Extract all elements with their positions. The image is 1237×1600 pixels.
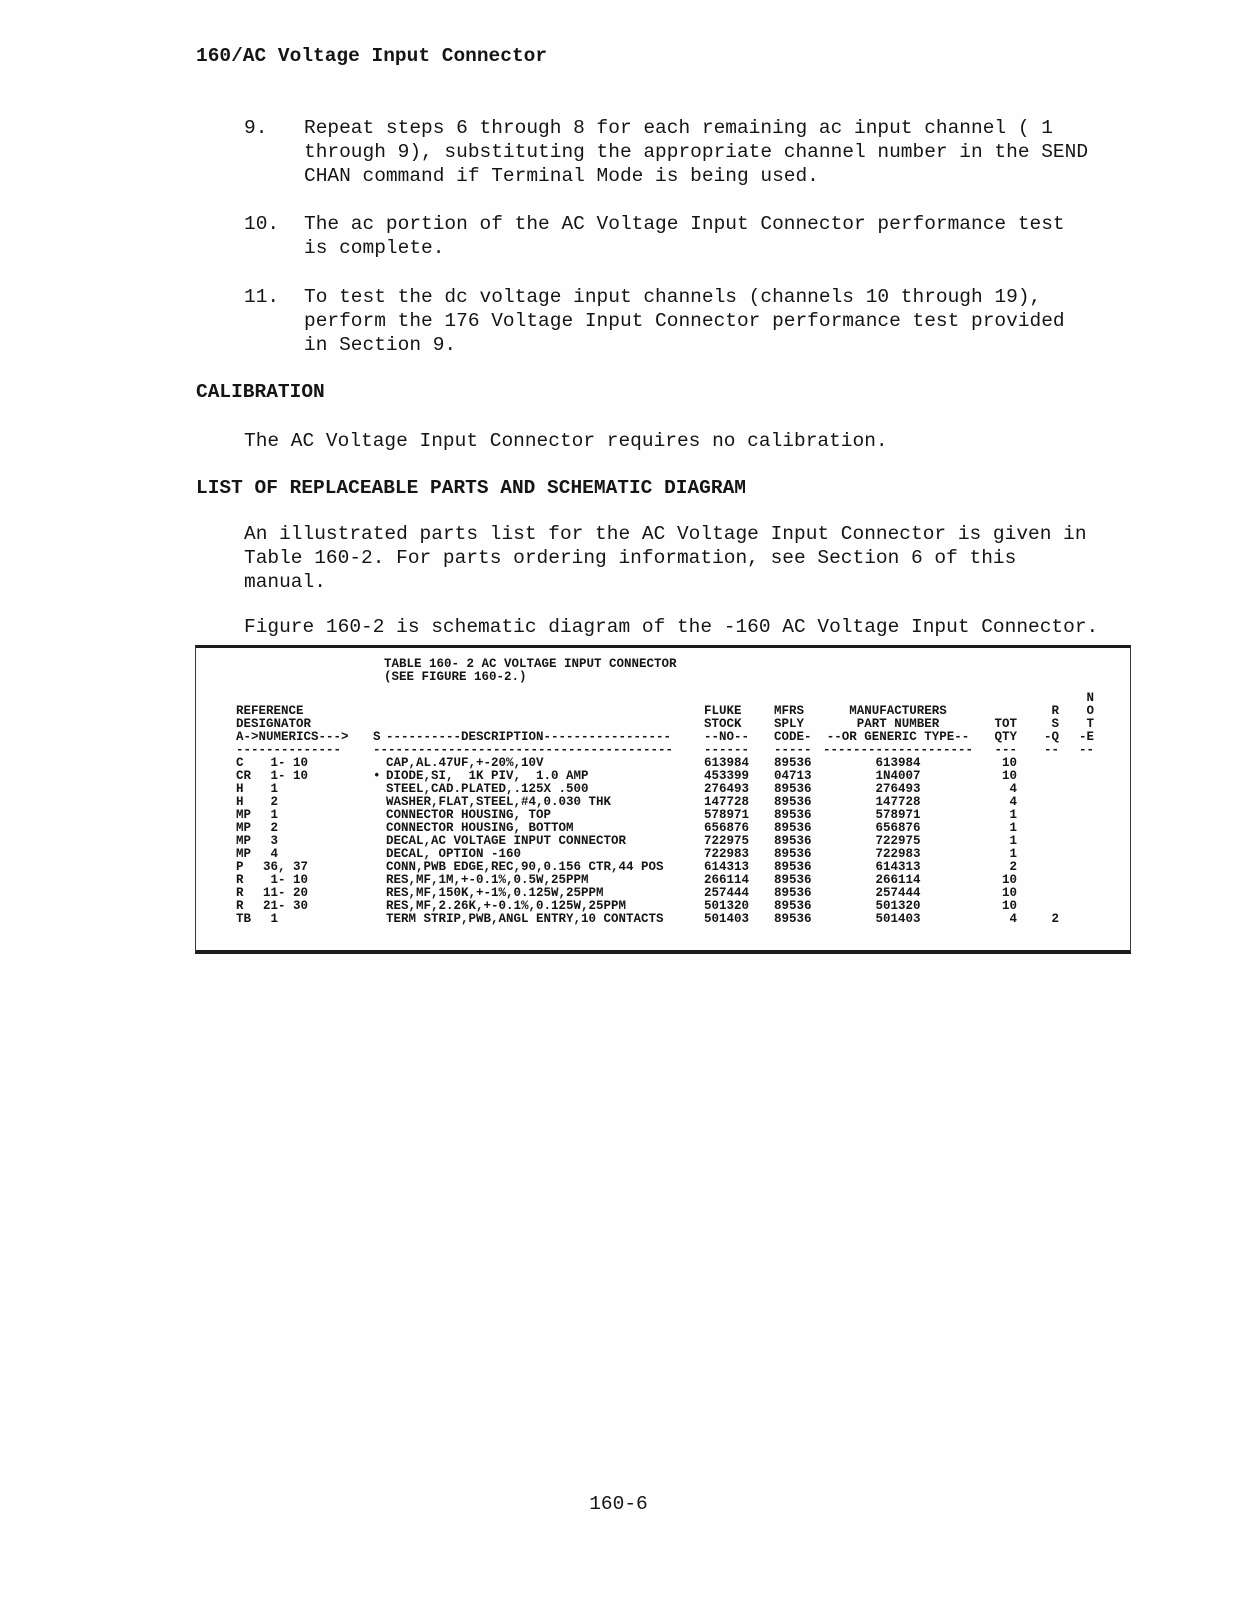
- step-number: 10.: [244, 212, 304, 260]
- step-number: 9.: [244, 116, 304, 188]
- table-row: C 1- 10CAP,AL.47UF,+-20%,10V613984895366…: [236, 757, 1094, 770]
- table-cell-note: [1059, 887, 1094, 900]
- table-cell-part: 501403: [823, 913, 973, 926]
- table-cell-num: 1: [263, 913, 373, 926]
- table-cell-num: 2: [263, 796, 373, 809]
- table-cell-s: [373, 887, 386, 900]
- table-cell-rsq: [1017, 822, 1059, 835]
- table-row: CR 1- 10•DIODE,SI, 1K PIV, 1.0 AMP453399…: [236, 770, 1094, 783]
- table-cell-s: •: [373, 770, 386, 783]
- table-cell-note: [1059, 822, 1094, 835]
- table-cell-rsq: [1017, 835, 1059, 848]
- table-row: MP 2CONNECTOR HOUSING, BOTTOM65687689536…: [236, 822, 1094, 835]
- table-cell-s: [373, 692, 386, 705]
- table-row: MP 3DECAL,AC VOLTAGE INPUT CONNECTOR7229…: [236, 835, 1094, 848]
- table-subtitle: (SEE FIGURE 160-2.): [384, 671, 1130, 684]
- table-cell-rsq: [1017, 783, 1059, 796]
- document-page: 160/AC Voltage Input Connector 9. Repeat…: [0, 0, 1237, 1600]
- table-cell-rsq: [1017, 809, 1059, 822]
- table-cell-note: [1059, 796, 1094, 809]
- table-cell-stock: 501403: [704, 913, 774, 926]
- table-cell-s: [373, 861, 386, 874]
- table-cell-s: [373, 822, 386, 835]
- table-row: R21- 30RES,MF,2.26K,+-0.1%,0.125W,25PPM5…: [236, 900, 1094, 913]
- table-row: R11- 20RES,MF,150K,+-1%,0.125W,25PPM2574…: [236, 887, 1094, 900]
- table-cell-num: 1: [263, 783, 373, 796]
- table-row: MP 1CONNECTOR HOUSING, TOP57897189536578…: [236, 809, 1094, 822]
- step-text: The ac portion of the AC Voltage Input C…: [304, 212, 1065, 260]
- table-header-row: REFERENCEFLUKEMFRSMANUFACTURERSRO: [236, 705, 1094, 718]
- table-cell-note: [1059, 913, 1094, 926]
- table-cell-s: [373, 835, 386, 848]
- table-cell-rsq: [1017, 757, 1059, 770]
- table-row: TB 1TERM STRIP,PWB,ANGL ENTRY,10 CONTACT…: [236, 913, 1094, 926]
- parts-list-paragraph: An illustrated parts list for the AC Vol…: [244, 522, 1237, 594]
- table-row: H 2WASHER,FLAT,STEEL,#4,0.030 THK1477288…: [236, 796, 1094, 809]
- page-header-title: 160/AC Voltage Input Connector: [0, 0, 1237, 68]
- table-cell-num: 2: [263, 822, 373, 835]
- table-cell-rsq: [1017, 848, 1059, 861]
- table-cell-note: [1059, 835, 1094, 848]
- table-cell-s: [373, 848, 386, 861]
- table-cell-note: [1059, 900, 1094, 913]
- step-number: 11.: [244, 285, 304, 357]
- table-cell-rsq: [1017, 796, 1059, 809]
- table-cell-s: ----------------------------------------: [373, 744, 386, 757]
- table-cell-note: [1059, 861, 1094, 874]
- table-cell-num: 1- 10: [263, 770, 373, 783]
- step-text: Repeat steps 6 through 8 for each remain…: [304, 116, 1088, 188]
- table-cell-desc: [386, 705, 704, 718]
- table-cell-rsq: [1017, 770, 1059, 783]
- table-cell-num: 1: [263, 809, 373, 822]
- parts-list-heading: LIST OF REPLACEABLE PARTS AND SCHEMATIC …: [196, 476, 1237, 500]
- table-cell-note: [1059, 757, 1094, 770]
- table-cell-s: [373, 809, 386, 822]
- table-cell-desc: TERM STRIP,PWB,ANGL ENTRY,10 CONTACTS: [386, 913, 704, 926]
- table-cell-qty: [973, 692, 1017, 705]
- step-text: To test the dc voltage input channels (c…: [304, 285, 1065, 357]
- parts-table-box: TABLE 160- 2 AC VOLTAGE INPUT CONNECTOR …: [195, 645, 1131, 954]
- table-header-row: ----------------------------------------…: [236, 744, 1094, 757]
- table-cell-num: 21- 30: [263, 900, 373, 913]
- table-cell-s: [373, 913, 386, 926]
- step-item-9: 9. Repeat steps 6 through 8 for each rem…: [244, 116, 1237, 188]
- table-cell-rsq: [1017, 861, 1059, 874]
- calibration-heading: CALIBRATION: [196, 380, 1237, 404]
- table-cell-note: [1059, 874, 1094, 887]
- figure-reference-paragraph: Figure 160-2 is schematic diagram of the…: [244, 615, 1237, 639]
- page-number: 160-6: [0, 1492, 1237, 1516]
- table-row: H 1STEEL,CAD.PLATED,.125X .5002764938953…: [236, 783, 1094, 796]
- table-cell-qty: 4: [973, 913, 1017, 926]
- table-row: MP 4DECAL, OPTION -160722983895367229831: [236, 848, 1094, 861]
- table-cell-ref: TB: [236, 913, 263, 926]
- table-cell-s: [373, 874, 386, 887]
- table-cell-note: [1059, 783, 1094, 796]
- table-cell-sply: 89536: [774, 913, 823, 926]
- table-row: P36, 37CONN,PWB EDGE,REC,90,0.156 CTR,44…: [236, 861, 1094, 874]
- table-cell-rsq: 2: [1017, 913, 1059, 926]
- table-cell-s: [373, 783, 386, 796]
- parts-table: NREFERENCEFLUKEMFRSMANUFACTURERSRODESIGN…: [236, 692, 1094, 926]
- table-cell-s: [373, 705, 386, 718]
- step-item-10: 10. The ac portion of the AC Voltage Inp…: [244, 212, 1237, 260]
- table-cell-note: [1059, 809, 1094, 822]
- table-cell-note: --: [1059, 744, 1094, 757]
- table-row: R 1- 10RES,MF,1M,+-0.1%,0.5W,25PPM266114…: [236, 874, 1094, 887]
- calibration-paragraph: The AC Voltage Input Connector requires …: [244, 429, 1237, 453]
- table-cell-num: 3: [263, 835, 373, 848]
- table-cell-s: [373, 900, 386, 913]
- table-cell-desc: [386, 692, 704, 705]
- table-cell-rsq: --: [1017, 744, 1059, 757]
- table-cell-note: [1059, 770, 1094, 783]
- table-cell-note: [1059, 848, 1094, 861]
- table-header-row: N: [236, 692, 1094, 705]
- step-item-11: 11. To test the dc voltage input channel…: [244, 285, 1237, 357]
- table-cell-s: [373, 796, 386, 809]
- table-cell-rsq: [1017, 887, 1059, 900]
- table-cell-rsq: [1017, 874, 1059, 887]
